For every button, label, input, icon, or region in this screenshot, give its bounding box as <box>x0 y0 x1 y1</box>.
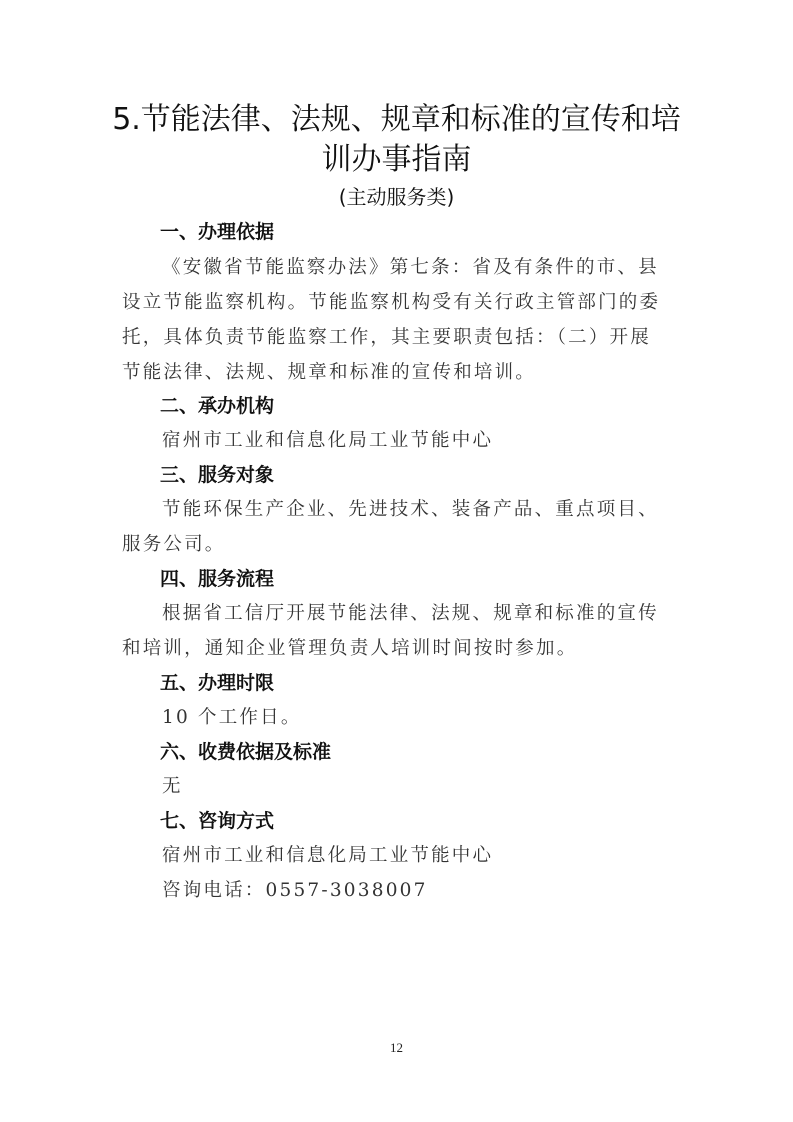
section-text: 宿州市工业和信息化局工业节能中心 <box>162 427 493 455</box>
section-heading-time-limit: 五、办理时限 <box>160 669 274 697</box>
section-text: 节能环保生产企业、先进技术、装备产品、重点项目、 <box>162 496 659 524</box>
section-heading-target: 三、服务对象 <box>160 461 274 489</box>
page-title-line-1: 5.节能法律、法规、规章和标准的宣传和培 <box>0 100 793 140</box>
section-heading-basis: 一、办理依据 <box>160 218 274 246</box>
section-heading-process: 四、服务流程 <box>160 565 274 593</box>
section-text: 《安徽省节能监察办法》第七条：省及有条件的市、县 <box>162 254 659 282</box>
section-text: 托，具体负责节能监察工作，其主要职责包括：（二）开展 <box>122 324 651 352</box>
section-heading-agency: 二、承办机构 <box>160 392 274 420</box>
section-text: 宿州市工业和信息化局工业节能中心 <box>162 842 493 870</box>
section-text: 服务公司。 <box>122 531 226 559</box>
section-text: 和培训，通知企业管理负责人培训时间按时参加。 <box>122 635 577 663</box>
section-text: 10 个工作日。 <box>162 704 302 732</box>
section-text: 设立节能监察机构。节能监察机构受有关行政主管部门的委 <box>122 289 660 317</box>
contact-phone: 咨询电话：0557-3038007 <box>162 877 428 905</box>
section-text: 根据省工信厅开展节能法律、法规、规章和标准的宣传 <box>162 600 659 628</box>
page-subtitle: (主动服务类) <box>0 182 793 212</box>
section-text: 节能法律、法规、规章和标准的宣传和培训。 <box>122 359 536 387</box>
page-number: 12 <box>0 1040 793 1056</box>
section-text: 无 <box>162 773 183 801</box>
section-heading-fees: 六、收费依据及标准 <box>160 738 331 766</box>
section-heading-contact: 七、咨询方式 <box>160 807 274 835</box>
page-title-line-2: 训办事指南 <box>0 140 793 180</box>
